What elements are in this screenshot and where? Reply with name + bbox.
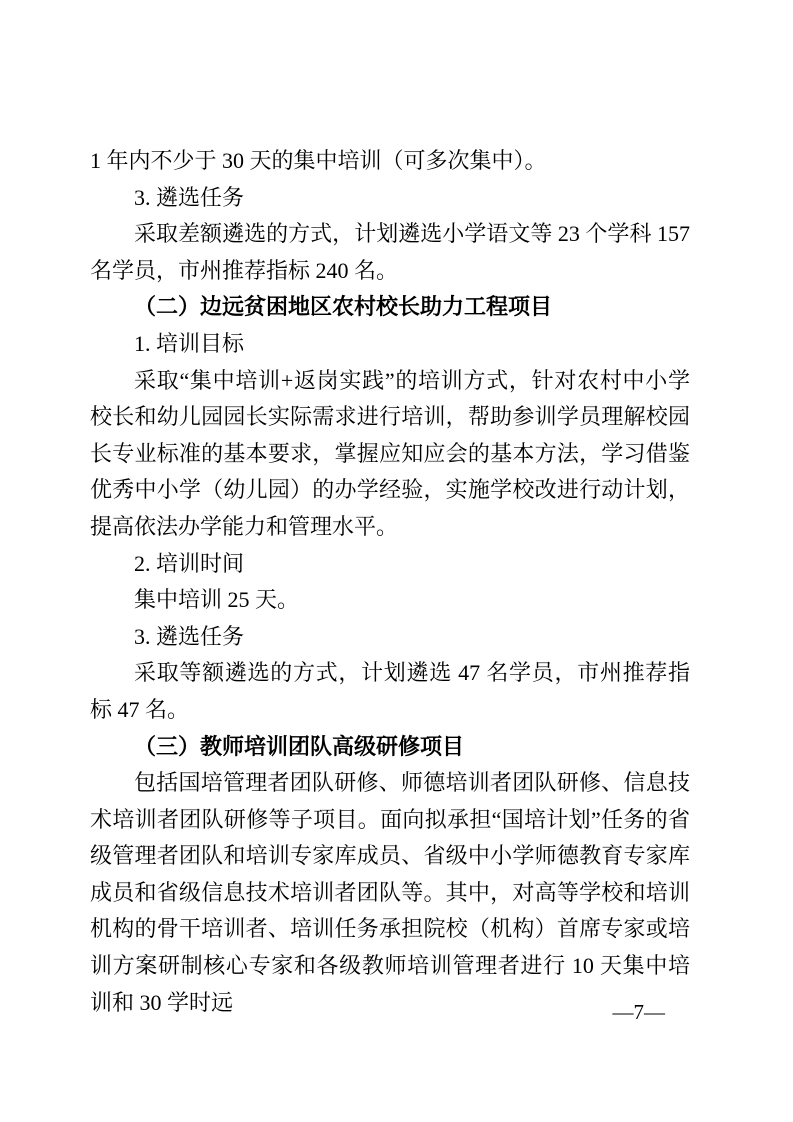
document-content: 1 年内不少于 30 天的集中培训（可多次集中）。 3. 遴选任务 采取差额遴选… [90, 143, 690, 1021]
paragraph-continuation: 1 年内不少于 30 天的集中培训（可多次集中）。 [90, 143, 690, 180]
document-page: 1 年内不少于 30 天的集中培训（可多次集中）。 3. 遴选任务 采取差额遴选… [0, 0, 793, 1122]
page-number: —7— [613, 996, 666, 1028]
section-heading-trainer-team-project: （三）教师培训团队高级研修项目 [90, 729, 690, 766]
numbered-item-training-time: 2. 培训时间 [90, 546, 690, 583]
paragraph-selection-plan-2: 采取等额遴选的方式，计划遴选 47 名学员，市州推荐指标 47 名。 [90, 655, 690, 728]
numbered-item-selection-task-1: 3. 遴选任务 [90, 180, 690, 217]
numbered-item-training-goal: 1. 培训目标 [90, 326, 690, 363]
paragraph-trainer-team-detail: 包括国培管理者团队研修、师德培训者团队研修、信息技术培训者团队研修等子项目。面向… [90, 765, 690, 1021]
numbered-item-selection-task-2: 3. 遴选任务 [90, 619, 690, 656]
section-heading-rural-principal-project: （二）边远贫困地区农村校长助力工程项目 [90, 289, 690, 326]
paragraph-training-goal: 采取“集中培训+返岗实践”的培训方式，针对农村中小学校长和幼儿园园长实际需求进行… [90, 363, 690, 546]
paragraph-selection-plan-1: 采取差额遴选的方式，计划遴选小学语文等 23 个学科 157 名学员，市州推荐指… [90, 216, 690, 289]
paragraph-training-time: 集中培训 25 天。 [90, 582, 690, 619]
